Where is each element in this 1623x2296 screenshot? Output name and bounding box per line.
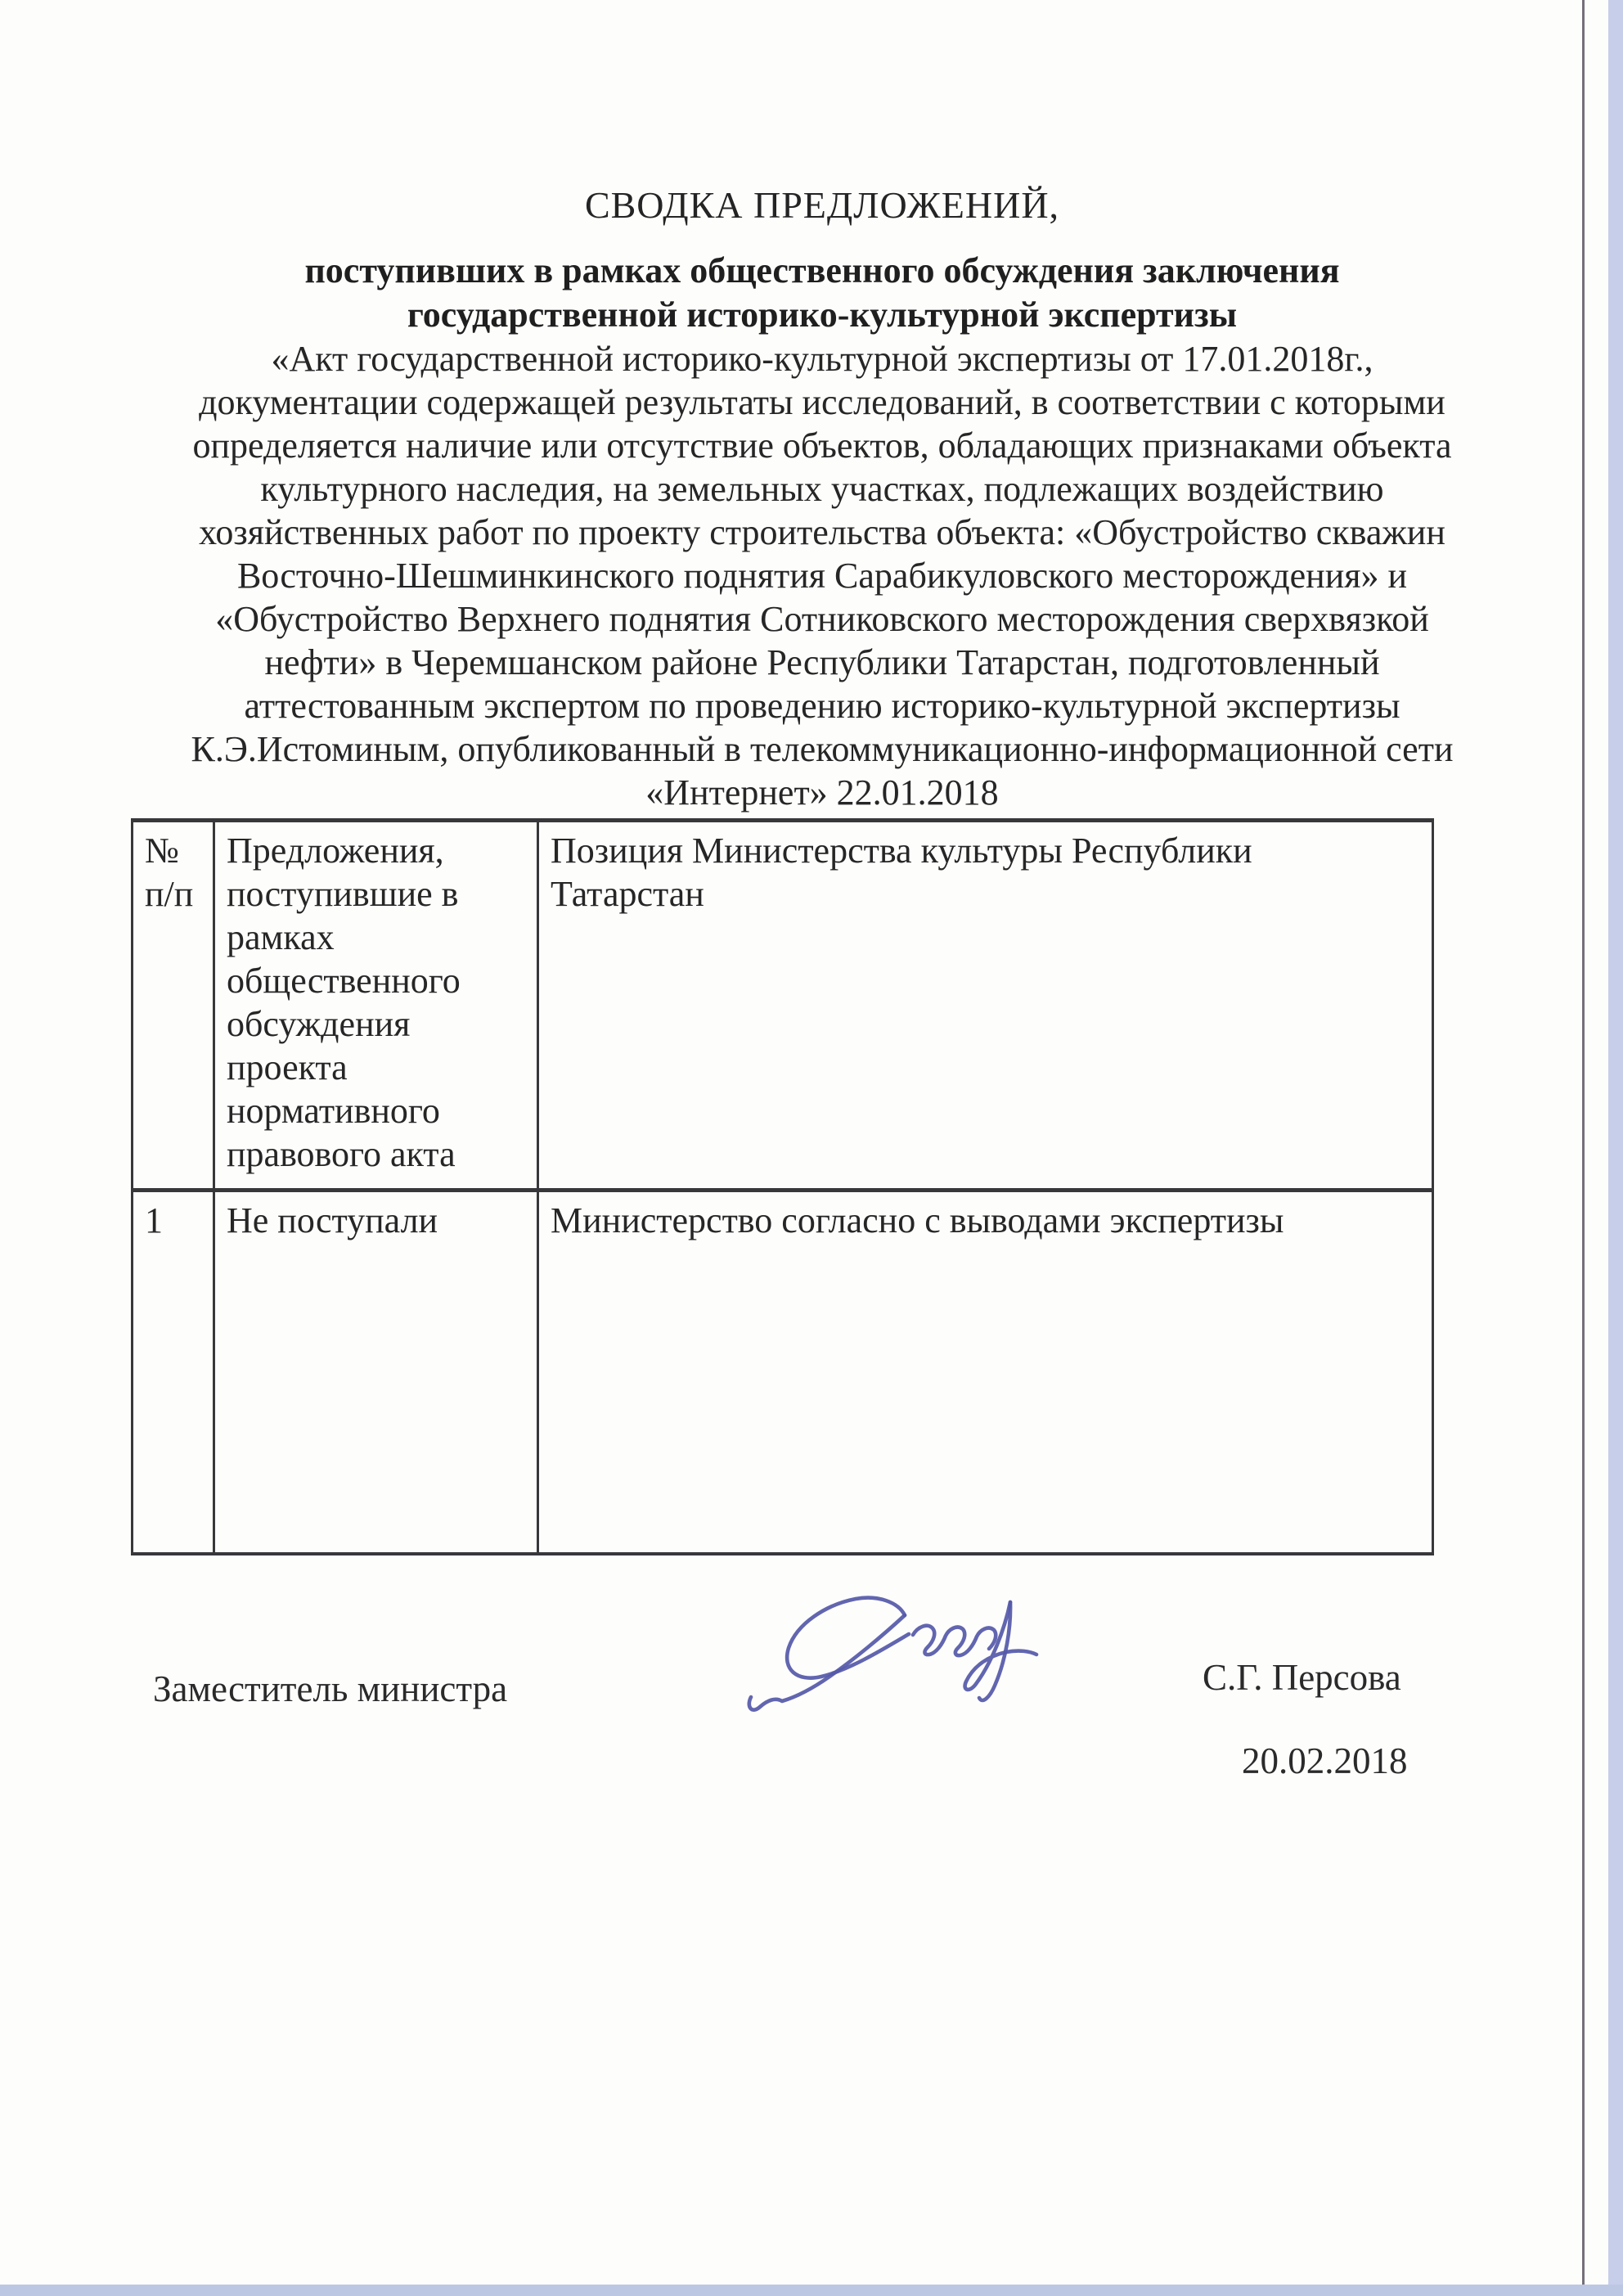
intro-line: аттестованным экспертом по проведению ис… bbox=[106, 684, 1538, 727]
subtitle-line: государственной историко-культурной эксп… bbox=[106, 293, 1538, 337]
intro-line: хозяйственных работ по проекту строитель… bbox=[106, 511, 1538, 554]
signoff-date: 20.02.2018 bbox=[1242, 1740, 1408, 1782]
scanned-document-page: СВОДКА ПРЕДЛОЖЕНИЙ, поступивших в рамках… bbox=[0, 0, 1623, 2296]
intro-line: «Акт государственной историко-культурной… bbox=[106, 337, 1538, 380]
intro-line: К.Э.Истоминым, опубликованный в телекомм… bbox=[106, 727, 1538, 771]
header-num-cell: № п/п bbox=[133, 821, 214, 1191]
intro-line: «Обустройство Верхнего поднятия Сотников… bbox=[106, 597, 1538, 641]
row-proposals-cell: Не поступали bbox=[214, 1191, 538, 1554]
header-position-text: Позиция Министерства культуры Республики… bbox=[551, 829, 1303, 916]
row-num-cell: 1 bbox=[133, 1191, 214, 1554]
signoff-name: С.Г. Персова bbox=[1203, 1656, 1401, 1699]
document-title: СВОДКА ПРЕДЛОЖЕНИЙ, bbox=[106, 183, 1538, 227]
intro-line: культурного наследия, на земельных участ… bbox=[106, 467, 1538, 511]
scan-edge-band-right bbox=[1608, 0, 1623, 2296]
document-subtitle: поступивших в рамках общественного обсуж… bbox=[106, 249, 1538, 337]
intro-line: документации содержащей результаты иссле… bbox=[106, 380, 1538, 424]
table-header-row: № п/п Предложения, поступившие в рамках … bbox=[133, 821, 1433, 1191]
header-proposals-cell: Предложения, поступившие в рамках общест… bbox=[214, 821, 538, 1191]
intro-paragraph: «Акт государственной историко-культурной… bbox=[106, 337, 1538, 814]
header-position-cell: Позиция Министерства культуры Республики… bbox=[538, 821, 1433, 1191]
intro-line: нефти» в Черемшанском районе Республики … bbox=[106, 641, 1538, 684]
intro-line: «Интернет» 22.01.2018 bbox=[106, 771, 1538, 814]
table-row: 1 Не поступали Министерство согласно с в… bbox=[133, 1191, 1433, 1554]
subtitle-line: поступивших в рамках общественного обсуж… bbox=[106, 249, 1538, 293]
signoff-role: Заместитель министра bbox=[153, 1668, 507, 1710]
scan-edge-band-bottom bbox=[0, 2285, 1623, 2296]
row-position-cell: Министерство согласно с выводами эксперт… bbox=[538, 1191, 1433, 1554]
signature-ink bbox=[735, 1584, 1039, 1722]
scan-page-edge-line bbox=[1582, 0, 1585, 2296]
intro-line: Восточно-Шешминкинского поднятия Сарабик… bbox=[106, 554, 1538, 597]
proposals-table: № п/п Предложения, поступившие в рамках … bbox=[131, 818, 1434, 1555]
intro-line: определяется наличие или отсутствие объе… bbox=[106, 424, 1538, 467]
